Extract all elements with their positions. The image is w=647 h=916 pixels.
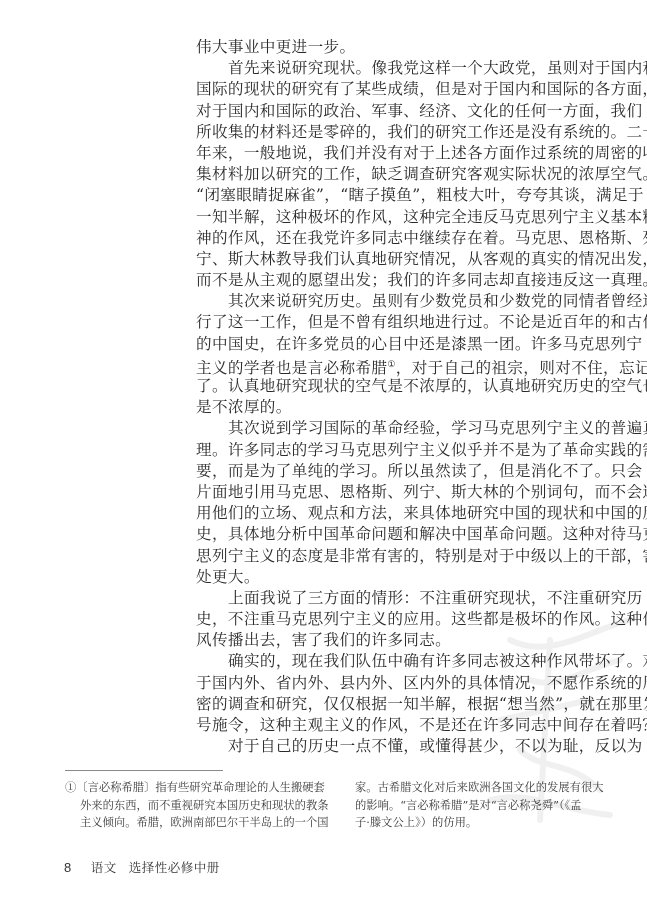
text-line: 风传播出去，害了我们的许多同志。 <box>196 630 576 651</box>
text-line: 上面我说了三方面的情形：不注重研究现状，不注重研究历 <box>196 588 576 609</box>
paragraph: 伟大事业中更进一步。 <box>196 37 576 58</box>
text-line: 史，不注重马克思列宁主义的应用。这些都是极坏的作风。这种作 <box>196 609 576 630</box>
text-line: 片面地引用马克思、恩格斯、列宁、斯大林的个别词句，而不会运 <box>196 482 576 503</box>
text-line: 集材料加以研究的工作，缺乏调查研究客观实际状况的浓厚空气。 <box>196 164 576 185</box>
text-line: 的中国史，在许多党员的心目中还是漆黑一团。许多马克思列宁 <box>196 334 576 355</box>
footnote-divider <box>65 770 223 771</box>
footnote-column-2: 家。古希腊文化对后来欧洲各国文化的发展有很大 的影响。“言必称希腊”是对“言必称… <box>355 779 595 832</box>
text-line: 用他们的立场、观点和方法，来具体地研究中国的现状和中国的历 <box>196 503 576 524</box>
text-line: 首先来说研究现状。像我党这样一个大政党，虽则对于国内和 <box>196 58 576 79</box>
text-line: 处更大。 <box>196 567 576 588</box>
text-line: 号施令，这种主观主义的作风，不是还在许多同志中间存在着吗？ <box>196 715 576 736</box>
text-line: 对于自己的历史一点不懂，或懂得甚少，不以为耻，反以为 <box>196 736 576 757</box>
text-line: 了。认真地研究现状的空气是不浓厚的，认真地研究历史的空气也 <box>196 376 576 397</box>
footnote-line: 主义倾向。希腊，欧洲南部巴尔干半岛上的一个国 <box>65 814 305 832</box>
paragraph: 上面我说了三方面的情形：不注重研究现状，不注重研究历史，不注重马克思列宁主义的应… <box>196 588 576 652</box>
body-text: 伟大事业中更进一步。首先来说研究现状。像我党这样一个大政党，虽则对于国内和国际的… <box>196 37 576 757</box>
footnote-line: 子·滕文公上》）的仿用。 <box>355 814 595 832</box>
page-footer: 8 语文选择性必修中册 <box>64 858 232 876</box>
text-line: 行了这一工作，但是不曾有组织地进行过。不论是近百年的和古代 <box>196 312 576 333</box>
footnote-line: 家。古希腊文化对后来欧洲各国文化的发展有很大 <box>355 779 595 797</box>
text-line: 年来，一般地说，我们并没有对于上述各方面作过系统的周密的收 <box>196 143 576 164</box>
paragraph: 其次说到学习国际的革命经验，学习马克思列宁主义的普遍真理。许多同志的学习马克思列… <box>196 418 576 588</box>
text-line: 伟大事业中更进一步。 <box>196 37 576 58</box>
text-line: 密的调查和研究，仅仅根据一知半解，根据“想当然”，就在那里发 <box>196 694 576 715</box>
footnote-line: 外来的东西，而不重视研究本国历史和现状的教条 <box>65 797 305 815</box>
subject-label: 语文 <box>91 860 117 875</box>
text-line: 国际的现状的研究有了某些成绩，但是对于国内和国际的各方面， <box>196 79 576 100</box>
text-line: 宁、斯大林教导我们认真地研究情况，从客观的真实的情况出发， <box>196 249 576 270</box>
text-line: 史，具体地分析中国革命问题和解决中国革命问题。这种对待马克 <box>196 524 576 545</box>
text-line: 于国内外、省内外、县内外、区内外的具体情况，不愿作系统的周 <box>196 673 576 694</box>
footnote-reference[interactable]: ① <box>387 360 395 370</box>
paragraph: 确实的，现在我们队伍中确有许多同志被这种作风带坏了。对于国内外、省内外、县内外、… <box>196 651 576 736</box>
footnote-line: 的影响。“言必称希腊”是对“言必称尧舜”（《孟 <box>355 797 595 815</box>
text-line: 其次说到学习国际的革命经验，学习马克思列宁主义的普遍真 <box>196 418 576 439</box>
text-line: 主义的学者也是言必称希腊①，对于自己的祖宗，则对不住，忘记 <box>196 355 576 376</box>
text-line: 神的作风，还在我党许多同志中继续存在着。马克思、恩格斯、列 <box>196 228 576 249</box>
text-line: “闭塞眼睛捉麻雀”，“瞎子摸鱼”，粗枝大叶，夸夸其谈，满足于 <box>196 185 576 206</box>
paragraph: 对于自己的历史一点不懂，或懂得甚少，不以为耻，反以为 <box>196 736 576 757</box>
text-line: 要，而是为了单纯的学习。所以虽然读了，但是消化不了。只会 <box>196 461 576 482</box>
text-line: 思列宁主义的态度是非常有害的，特别是对于中级以上的干部，害 <box>196 546 576 567</box>
text-line: 所收集的材料还是零碎的，我们的研究工作还是没有系统的。二十 <box>196 122 576 143</box>
footnote-line: ①〔言必称希腊〕指有些研究革命理论的人生搬硬套 <box>65 779 305 797</box>
text-line: 对于国内和国际的政治、军事、经济、文化的任何一方面，我们 <box>196 101 576 122</box>
text-line: 理。许多同志的学习马克思列宁主义似乎并不是为了革命实践的需 <box>196 440 576 461</box>
text-line: 一知半解，这种极坏的作风，这种完全违反马克思列宁主义基本精 <box>196 207 576 228</box>
volume-label: 选择性必修中册 <box>129 860 220 875</box>
text-line: 确实的，现在我们队伍中确有许多同志被这种作风带坏了。对 <box>196 651 576 672</box>
footnote-column-1: ①〔言必称希腊〕指有些研究革命理论的人生搬硬套 外来的东西，而不重视研究本国历史… <box>65 779 305 832</box>
paragraph: 首先来说研究现状。像我党这样一个大政党，虽则对于国内和国际的现状的研究有了某些成… <box>196 58 576 291</box>
page-number: 8 <box>64 860 71 875</box>
text-line: 而不是从主观的愿望出发；我们的许多同志却直接违反这一真理。 <box>196 270 576 291</box>
text-line: 是不浓厚的。 <box>196 397 576 418</box>
text-line: 其次来说研究历史。虽则有少数党员和少数党的同情者曾经进 <box>196 291 576 312</box>
paragraph: 其次来说研究历史。虽则有少数党员和少数党的同情者曾经进行了这一工作，但是不曾有组… <box>196 291 576 418</box>
